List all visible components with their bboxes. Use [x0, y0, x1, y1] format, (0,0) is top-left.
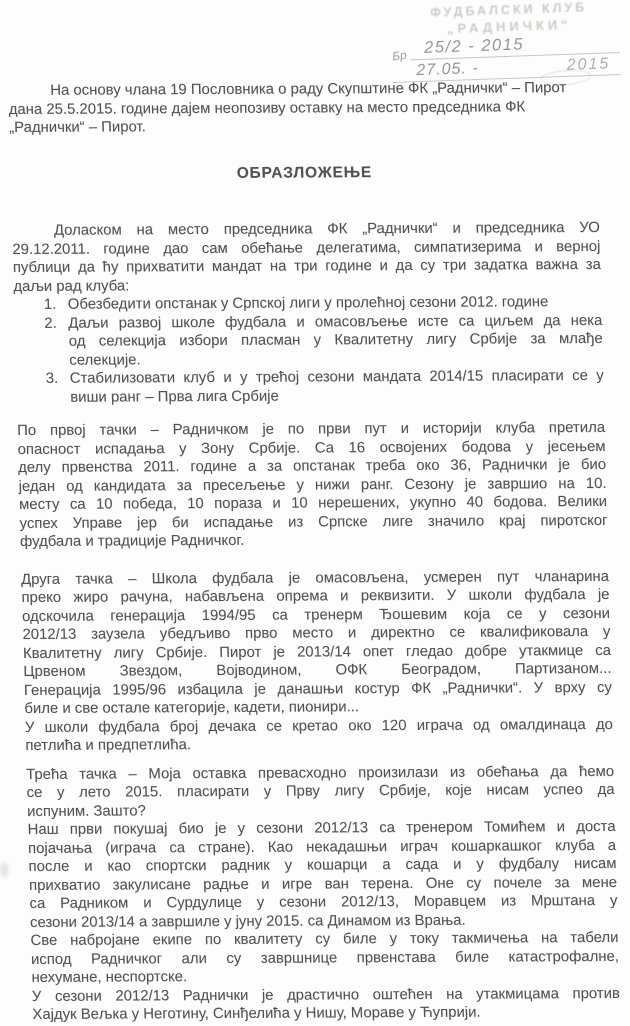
protocol-date-value: 27.05. - [416, 60, 479, 80]
text-line: виши ранг – Прва лига Србије [70, 385, 604, 406]
text-line: Наш први покушај био је у сезони 2012/13… [27, 818, 615, 840]
paragraph-mandate: Доласком на место председника ФК „Раднич… [12, 219, 602, 296]
protocol-number-label: Бр [391, 48, 407, 64]
text-line: фудбала и традиције Радничког. [20, 530, 608, 552]
text-line: На основу члана 19 Пословника о раду Ску… [8, 79, 596, 101]
text-line: „Раднички“ – Пирот. [9, 116, 597, 138]
paragraph-intro: На основу члана 19 Пословника о раду Ску… [8, 79, 597, 138]
list-item-number: 1. [44, 296, 68, 315]
text-line: У школи фудбала број дечака се кретао ок… [25, 715, 613, 737]
list-item: 3.Стабилизовати клуб и у трећој сезони м… [16, 367, 605, 407]
text-line: делу првенства 2011. године а за опстана… [18, 456, 606, 478]
paragraph-point-three: Трећа тачка – Моја оставка превасходно п… [26, 762, 615, 821]
text-line: са Радником и Сурдулице у сезони 2012/13… [29, 892, 617, 914]
text-line: Све набројане екипе по квалитету су биле… [30, 929, 618, 951]
text-line: У сезони 2012/13 Раднички је драстично о… [32, 984, 620, 1006]
scan-smudge [0, 862, 9, 878]
scanned-document-page: ФУДБАЛСКИ КЛУБ „РАДНИЧКИ“ Бр 25/2 - 2015… [0, 0, 630, 1026]
paragraph-football-school: У школи фудбала број дечака се кретао ок… [25, 715, 614, 755]
paragraph-rival-teams: Све набројане екипе по квалитету су биле… [30, 929, 619, 988]
paragraph-point-two: Друга тачка – Школа фудбала је омасовљен… [21, 567, 613, 718]
list-item-number: 3. [46, 370, 71, 407]
text-line: Стабилизовати клуб и у трећој сезони ман… [70, 367, 604, 388]
text-line: испод Радничког али су завршнице првенст… [31, 947, 619, 969]
paragraph-point-one: По првој тачки – Радничком је по први пу… [17, 419, 608, 552]
text-line: после и као спортски радник у кошарци а … [28, 855, 616, 877]
text-line: Црвеном Звездом, Војводином, ОФК Београд… [23, 660, 611, 682]
text-line: публици да ћу прихватити мандат на три г… [13, 256, 601, 278]
list-item-number: 2. [44, 314, 69, 370]
text-line: Хајдук Вељка у Неготину, Синђелића у Ниш… [32, 1003, 620, 1025]
text-line: петлића и предпетлића. [25, 734, 613, 756]
text-line: преко жиро рачуна, набављена опрема и ре… [21, 586, 609, 608]
list-item-text: Даљи развој школе фудбала и омасовљење и… [68, 311, 603, 369]
text-line: 2012/13 заузела убедљиво прво место и ди… [22, 623, 610, 645]
text-line: месту са 10 победа, 10 пораза и 10 нереш… [19, 493, 607, 515]
text-line: Генерација 1995/96 избацила је данашњи к… [24, 678, 612, 700]
ordered-list: 1.Обезбедити опстанак у Српској лиги у п… [14, 293, 605, 407]
paragraph-first-attempt: Наш први покушај био је у сезони 2012/13… [27, 818, 618, 932]
text-line: се у лето 2015. пласирати у Прву лигу Ср… [26, 781, 614, 803]
document-body: На основу члана 19 Пословника о раду Ску… [8, 79, 621, 1025]
section-heading: ОБРАЗЛОЖЕЊЕ [10, 162, 598, 184]
text-line: По првој тачки – Радничком је по први пу… [17, 419, 605, 441]
text-line: дана 25.5.2015. године дајем неопозиву о… [8, 97, 596, 119]
text-line: Доласком на место председника ФК „Раднич… [12, 219, 600, 241]
list-item-text: Стабилизовати клуб и у трећој сезони ман… [70, 367, 605, 407]
text-line: од селекција избори пласман у Квалитетну… [69, 330, 603, 351]
list-item: 2.Даљи развој школе фудбала и омасовљење… [14, 311, 603, 370]
club-stamp: ФУДБАЛСКИ КЛУБ „РАДНИЧКИ“ [402, 0, 617, 38]
paragraph-damaged-matches: У сезони 2012/13 Раднички је драстично о… [32, 984, 621, 1024]
text-line: успех Управе јер би испадање из Српске л… [19, 511, 607, 533]
